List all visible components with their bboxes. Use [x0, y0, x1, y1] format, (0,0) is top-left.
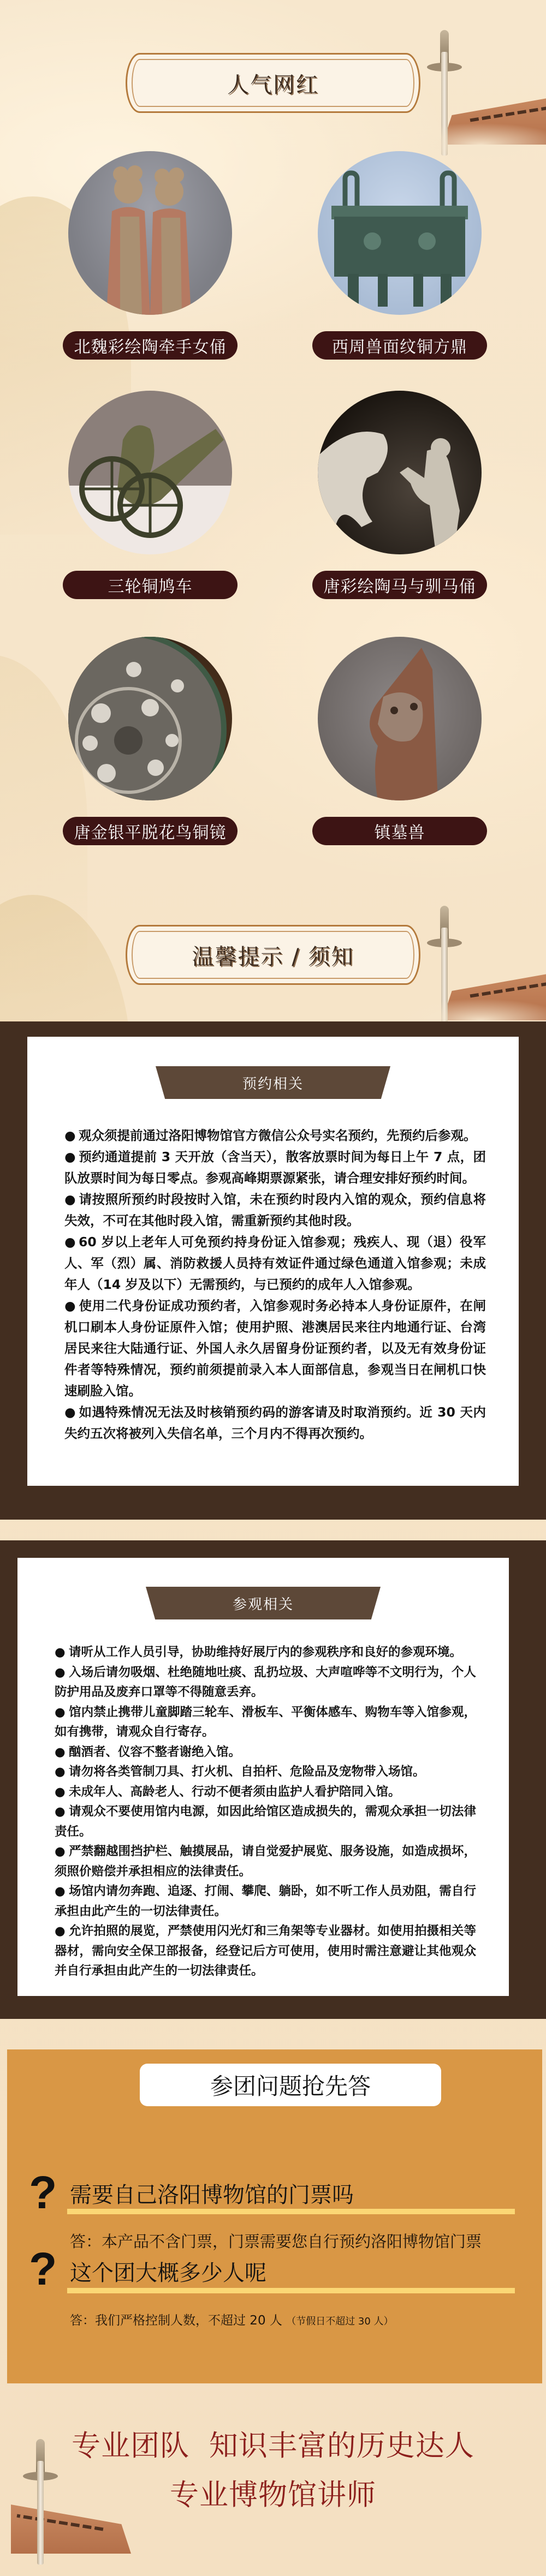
- faq-question: 这个团大概多少人呢: [70, 2256, 266, 2287]
- visiting-item: ●未成年人、高龄老人、行动不便者须由监护人看护陪同入馆。: [55, 1782, 476, 1802]
- visiting-panel: 参观相关 ●请听从工作人员引导，协助维持好展厅内的参观秩序和良好的参观环境。 ●…: [17, 1558, 509, 1996]
- bullet-icon: ●: [64, 1146, 79, 1168]
- dove-cart-icon: [68, 391, 232, 554]
- page: 人气网红 北魏彩绘陶牵手女俑: [0, 0, 546, 2576]
- artifact-card[interactable]: 镇墓兽: [312, 637, 487, 844]
- figurines-icon: [68, 151, 232, 315]
- visiting-item: ●严禁翻越围挡护栏、触摸展品，请自觉爱护展览、服务设施，如造成损坏，须照价赔偿并…: [55, 1842, 476, 1881]
- reservation-item: ●60 岁以上老年人可免预约持身份证入馆参观；残疾人、现（退）役军人、军（烈）属…: [64, 1232, 486, 1295]
- reservation-heading: 预约相关: [156, 1066, 390, 1099]
- artifact-image-horse: [318, 391, 482, 554]
- footer-slogan-line1: 专业团队 知识丰富的历史达人: [0, 2423, 546, 2464]
- visiting-item: ●请听从工作人员引导，协助维持好展厅内的参观秩序和良好的参观环境。: [55, 1642, 476, 1663]
- faq-question: 需要自己洛阳博物馆的门票吗: [70, 2178, 354, 2209]
- reservation-item: ●预约通道提前 3 天开放（含当天），散客放票时间为每日上午 7 点，团队放票时…: [64, 1146, 486, 1189]
- bullet-icon: ●: [55, 1702, 69, 1723]
- question-mark-icon: ?: [29, 2169, 57, 2215]
- artifact-label: 唐彩绘陶马与驯马俑: [312, 571, 487, 599]
- bullet-icon: ●: [64, 1125, 79, 1146]
- reservation-list: ●观众须提前通过洛阳博物馆官方微信公众号实名预约，先预约后参观。 ●预约通道提前…: [64, 1125, 486, 1444]
- artifact-image-mirror: [68, 637, 232, 800]
- museum-illustration: [415, 30, 546, 166]
- artifact-label: 镇墓兽: [312, 817, 487, 845]
- artifact-label: 北魏彩绘陶牵手女俑: [63, 331, 238, 360]
- visiting-item: ●请勿将各类管制刀具、打火机、自拍杆、危险品及宠物带入场馆。: [55, 1762, 476, 1782]
- faq-underline: [67, 2209, 515, 2214]
- reservation-item: ●请按照所预约时段按时入馆，未在预约时段内入馆的观众，预约信息将失效，不可在其他…: [64, 1189, 486, 1232]
- artifact-card[interactable]: 西周兽面纹铜方鼎: [312, 151, 487, 358]
- bullet-icon: ●: [55, 1782, 69, 1802]
- reservation-item: ●观众须提前通过洛阳博物馆官方微信公众号实名预约，先预约后参观。: [64, 1125, 486, 1146]
- visiting-item: ●允许拍照的展览，严禁使用闪光灯和三角架等专业器材。如使用拍摄相关等器材，需向安…: [55, 1921, 476, 1981]
- footer-slogan-line2: 专业博物馆讲师: [0, 2472, 546, 2513]
- section-title-notice: 温馨提示 / 须知: [126, 925, 420, 985]
- visiting-item: ●场馆内请勿奔跑、追逐、打闹、攀爬、躺卧，如不听工作人员劝阻，需自行承担由此产生…: [55, 1881, 476, 1921]
- horse-groom-icon: [318, 391, 482, 554]
- section-title-text: 温馨提示 / 须知: [192, 940, 354, 971]
- bullet-icon: ●: [55, 1802, 69, 1822]
- reservation-item: ●如遇特殊情况无法及时核销预约码的游客请及时取消预约。近 30 天内失约五次将被…: [64, 1402, 486, 1444]
- artifact-label: 唐金银平脱花鸟铜镜: [63, 817, 238, 845]
- bullet-icon: ●: [64, 1189, 79, 1210]
- faq-title: 参团问题抢先答: [140, 2064, 441, 2106]
- artifact-image-ding: [318, 151, 482, 315]
- bullet-icon: ●: [55, 1663, 69, 1683]
- section-title-popular: 人气网红: [126, 53, 420, 113]
- bullet-icon: ●: [55, 1842, 69, 1862]
- artifact-label: 三轮铜鸠车: [63, 571, 238, 599]
- visiting-list: ●请听从工作人员引导，协助维持好展厅内的参观秩序和良好的参观环境。 ●入场后请勿…: [55, 1642, 476, 1981]
- bronze-ding-icon: [318, 151, 482, 315]
- reservation-panel: 预约相关 ●观众须提前通过洛阳博物馆官方微信公众号实名预约，先预约后参观。 ●预…: [27, 1037, 519, 1486]
- artifact-card[interactable]: 唐金银平脱花鸟铜镜: [63, 637, 238, 844]
- question-mark-icon: ?: [29, 2246, 57, 2292]
- faq-section: 参团问题抢先答 ? 需要自己洛阳博物馆的门票吗 答：本产品不含门票，门票需要您自…: [7, 2049, 542, 2383]
- faq-answer: 答：我们严格控制人数，不超过 20 人 （节假日不超过 30 人）: [70, 2310, 394, 2328]
- visiting-item: ●请观众不要使用馆内电源，如因此给馆区造成损失的，需观众承担一切法律责任。: [55, 1802, 476, 1842]
- faq-answer: 答：本产品不含门票，门票需要您自行预约洛阳博物馆门票: [70, 2230, 482, 2252]
- artifact-card[interactable]: 三轮铜鸠车: [63, 391, 238, 598]
- faq-underline: [67, 2288, 515, 2293]
- artifact-image-figurines: [68, 151, 232, 315]
- visiting-item: ●馆内禁止携带儿童脚踏三轮车、滑板车、平衡体感车、购物车等入馆参观，如有携带，请…: [55, 1702, 476, 1742]
- reservation-item: ●使用二代身份证成功预约者，入馆参观时务必持本人身份证原件，在闸机口刷本人身份证…: [64, 1295, 486, 1402]
- artifact-image-guardian: [318, 637, 482, 800]
- artifact-card[interactable]: 唐彩绘陶马与驯马俑: [312, 391, 487, 598]
- bullet-icon: ●: [64, 1232, 79, 1253]
- bullet-icon: ●: [55, 1881, 69, 1902]
- bullet-icon: ●: [64, 1402, 79, 1423]
- tomb-guardian-icon: [318, 637, 482, 800]
- bullet-icon: ●: [64, 1295, 79, 1317]
- bronze-mirror-icon: [68, 637, 232, 800]
- artifact-label: 西周兽面纹铜方鼎: [312, 331, 487, 360]
- visiting-item: ●酗酒者、仪容不整者谢绝入馆。: [55, 1742, 476, 1762]
- artifact-image-dove-cart: [68, 391, 232, 554]
- visiting-heading: 参观相关: [146, 1587, 381, 1619]
- section-title-text: 人气网红: [227, 68, 319, 99]
- bullet-icon: ●: [55, 1742, 69, 1762]
- artifact-card[interactable]: 北魏彩绘陶牵手女俑: [63, 151, 238, 358]
- bullet-icon: ●: [55, 1762, 69, 1782]
- bullet-icon: ●: [55, 1642, 69, 1663]
- bullet-icon: ●: [55, 1921, 69, 1941]
- visiting-item: ●入场后请勿吸烟、杜绝随地吐痰、乱扔垃圾、大声喧哗等不文明行为，个人防护用品及废…: [55, 1663, 476, 1702]
